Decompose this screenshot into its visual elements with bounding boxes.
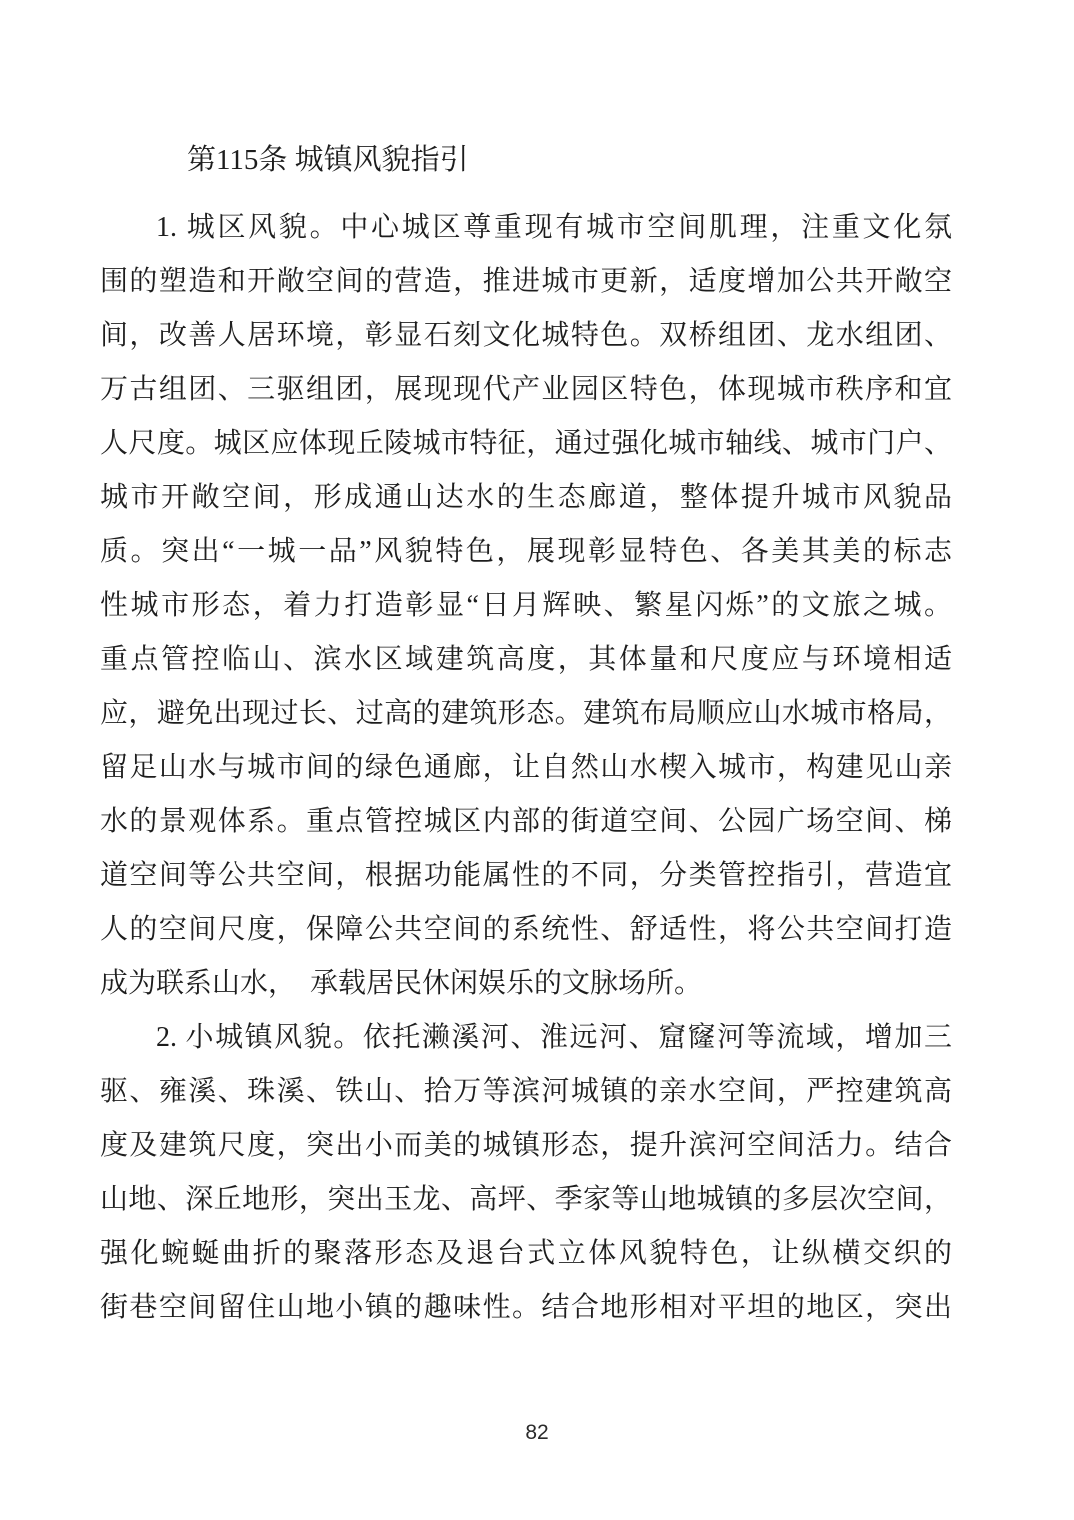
text-line: 强化蜿蜒曲折的聚落形态及退台式立体风貌特色，让纵横交织的 xyxy=(100,1227,952,1281)
text-line: 重点管控临山、滨水区域建筑高度，其体量和尺度应与环境相适 xyxy=(100,633,952,687)
document-page: 第115条 城镇风貌指引 1. 城区风貌。中心城区尊重现有城市空间肌理，注重文化… xyxy=(0,0,1074,1520)
paragraph-small-town-style: 2. 小城镇风貌。依托濑溪河、淮远河、窟窿河等流域，增加三驱、雍溪、珠溪、铁山、… xyxy=(100,1011,952,1335)
page-number: 82 xyxy=(0,1421,1074,1445)
text-line: 道空间等公共空间，根据功能属性的不同，分类管控指引，营造宜 xyxy=(100,849,952,903)
text-line: 2. 小城镇风貌。依托濑溪河、淮远河、窟窿河等流域，增加三 xyxy=(100,1011,952,1065)
text-line: 应，避免出现过长、过高的建筑形态。建筑布局顺应山水城市格局， xyxy=(100,687,952,741)
text-line: 街巷空间留住山地小镇的趣味性。结合地形相对平坦的地区，突出 xyxy=(100,1281,952,1335)
article-title: 第115条 城镇风貌指引 xyxy=(100,133,952,187)
text-line: 万古组团、三驱组团，展现现代产业园区特色，体现城市秩序和宜 xyxy=(100,363,952,417)
text-line: 度及建筑尺度，突出小而美的城镇形态，提升滨河空间活力。结合 xyxy=(100,1119,952,1173)
text-line: 成为联系山水， 承载居民休闲娱乐的文脉场所。 xyxy=(100,957,952,1011)
body-text: 1. 城区风貌。中心城区尊重现有城市空间肌理，注重文化氛围的塑造和开敞空间的营造… xyxy=(100,201,952,1335)
text-line: 围的塑造和开敞空间的营造，推进城市更新，适度增加公共开敞空 xyxy=(100,255,952,309)
text-line: 城市开敞空间，形成通山达水的生态廊道，整体提升城市风貌品 xyxy=(100,471,952,525)
text-line: 人尺度。城区应体现丘陵城市特征，通过强化城市轴线、城市门户、 xyxy=(100,417,952,471)
text-line: 间，改善人居环境，彰显石刻文化城特色。双桥组团、龙水组团、 xyxy=(100,309,952,363)
text-line: 质。突出“一城一品”风貌特色，展现彰显特色、各美其美的标志 xyxy=(100,525,952,579)
text-line: 山地、深丘地形，突出玉龙、高坪、季家等山地城镇的多层次空间， xyxy=(100,1173,952,1227)
text-line: 人的空间尺度，保障公共空间的系统性、舒适性，将公共空间打造 xyxy=(100,903,952,957)
text-line: 留足山水与城市间的绿色通廊，让自然山水楔入城市，构建见山亲 xyxy=(100,741,952,795)
text-line: 水的景观体系。重点管控城区内部的街道空间、公园广场空间、梯 xyxy=(100,795,952,849)
text-line: 驱、雍溪、珠溪、铁山、拾万等滨河城镇的亲水空间，严控建筑高 xyxy=(100,1065,952,1119)
text-line: 1. 城区风貌。中心城区尊重现有城市空间肌理，注重文化氛 xyxy=(100,201,952,255)
text-line: 性城市形态，着力打造彰显“日月辉映、繁星闪烁”的文旅之城。 xyxy=(100,579,952,633)
paragraph-urban-style: 1. 城区风貌。中心城区尊重现有城市空间肌理，注重文化氛围的塑造和开敞空间的营造… xyxy=(100,201,952,1011)
